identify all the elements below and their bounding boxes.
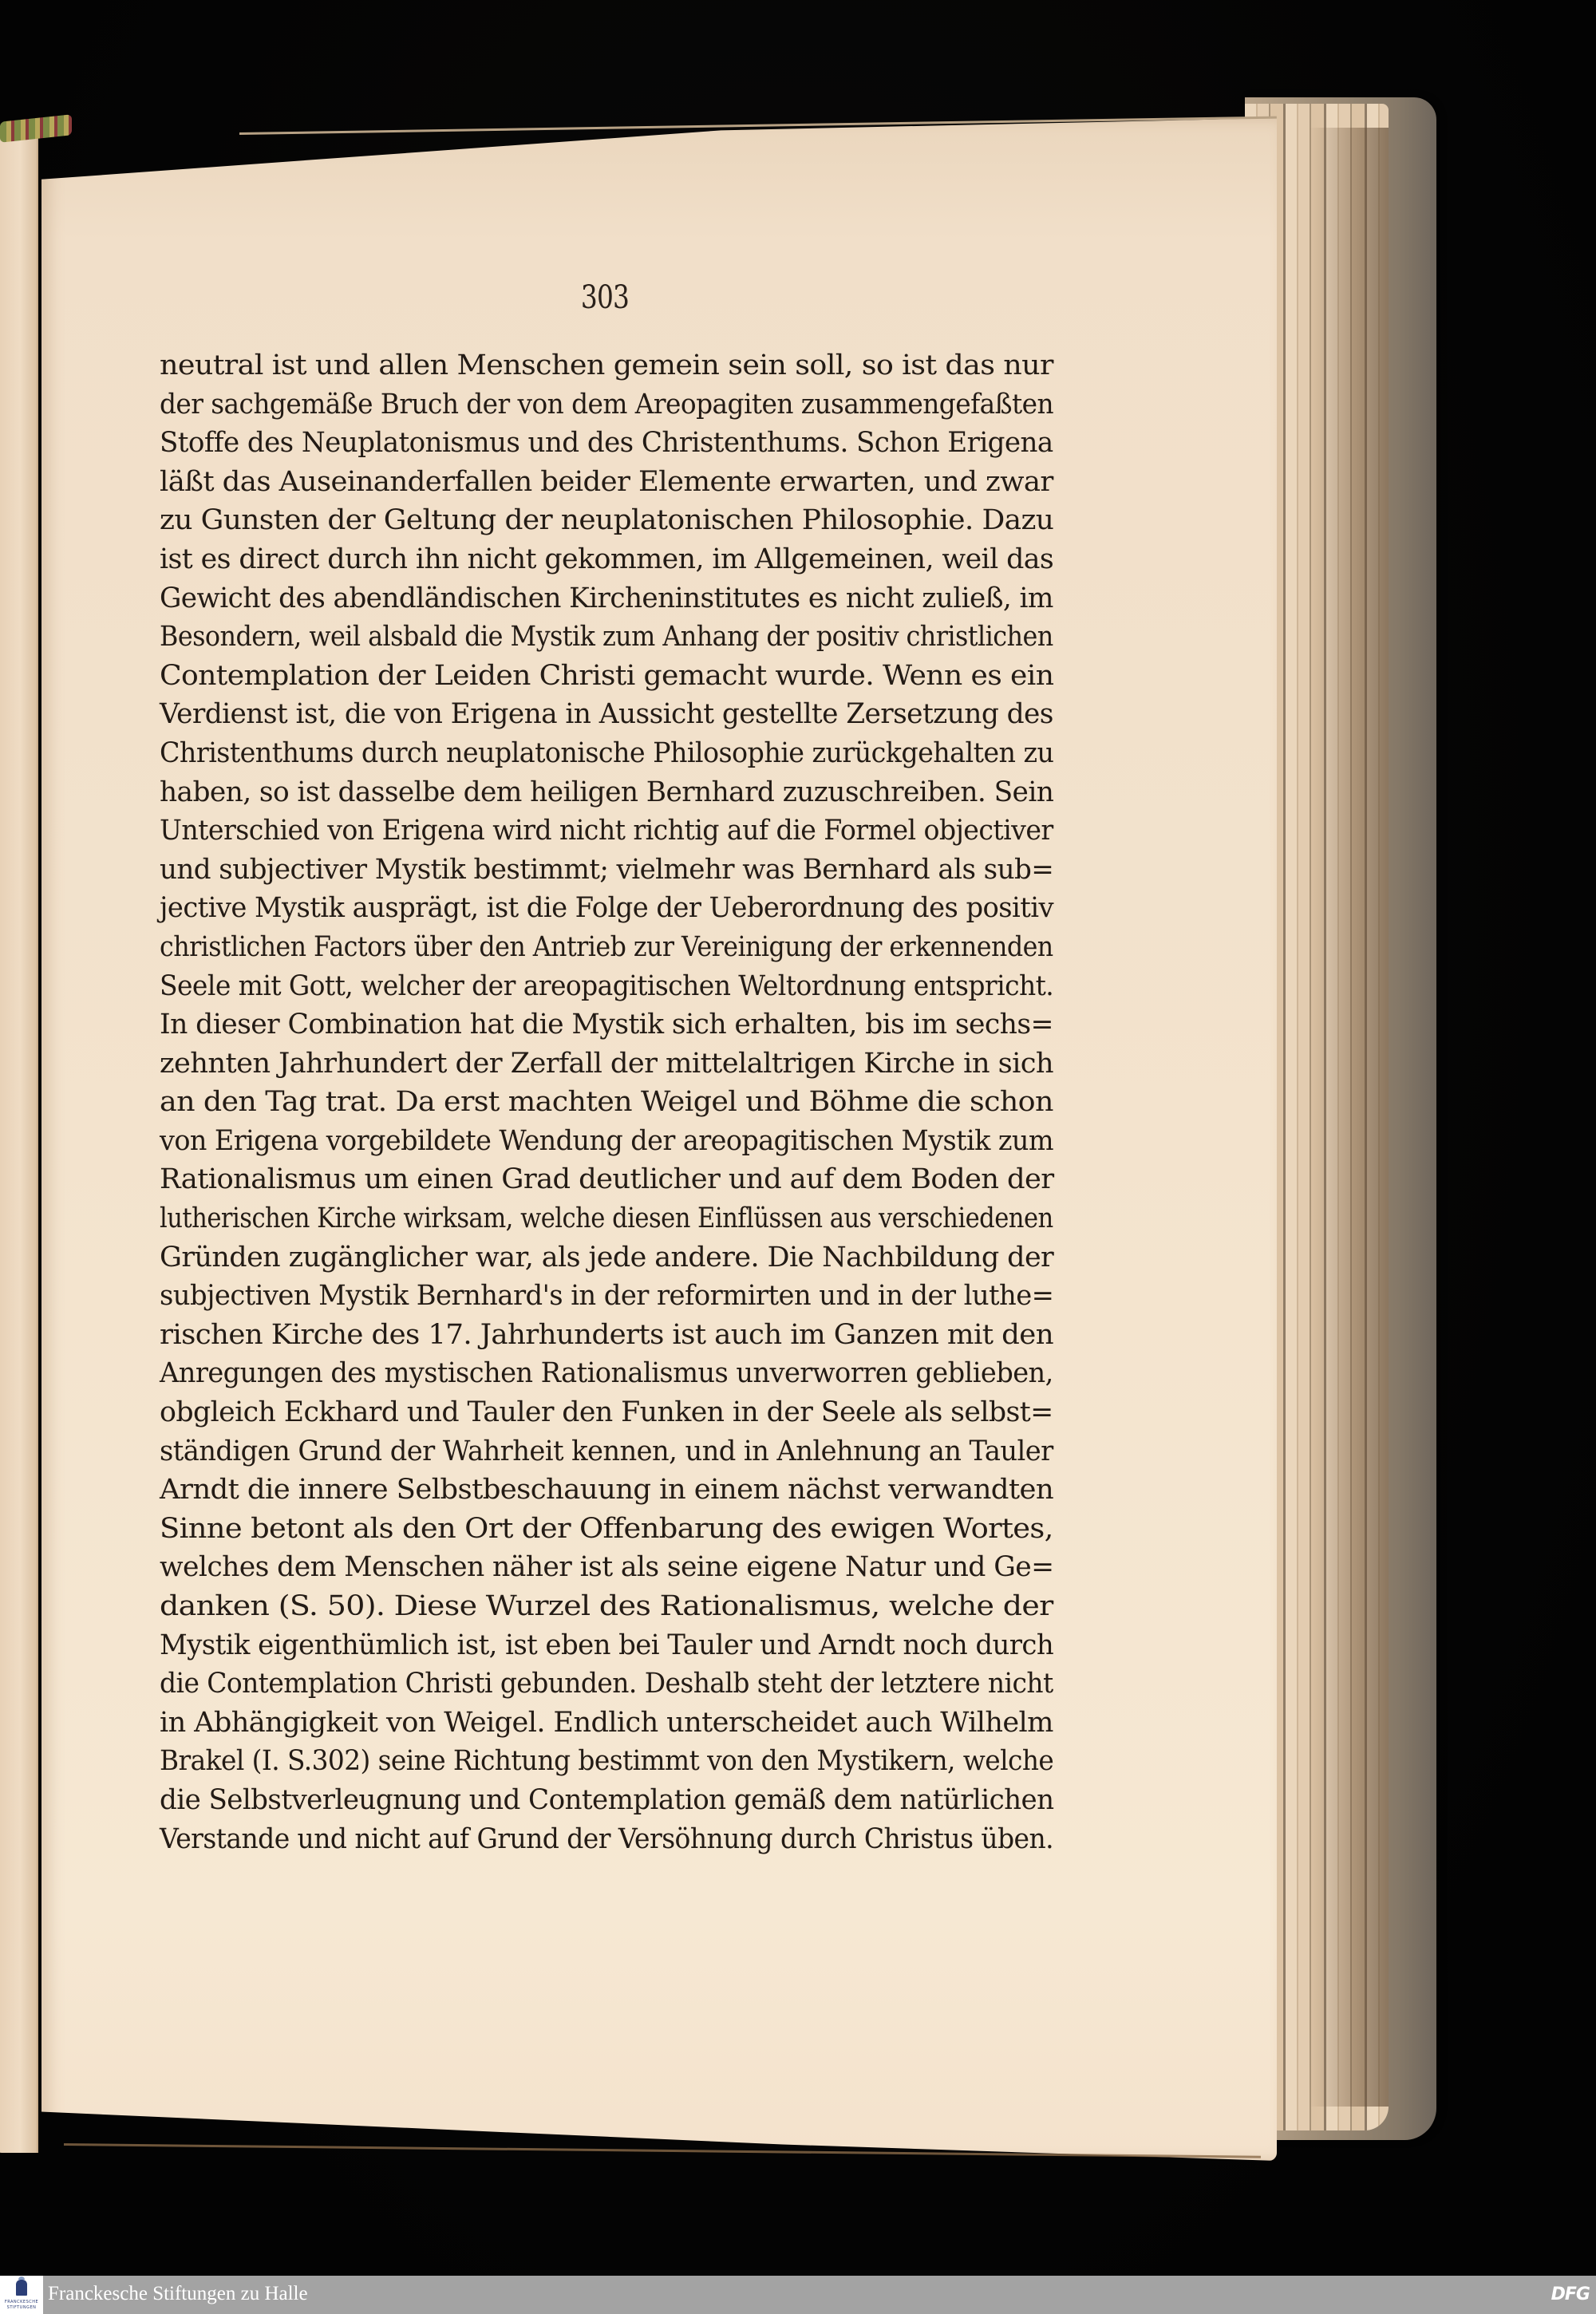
text-line: Unterschied von Erigena wird nicht richt… bbox=[160, 811, 1006, 851]
page-number: 303 bbox=[579, 279, 631, 316]
text-line: subjectiven Mystik Bernhard's in der ref… bbox=[160, 1277, 1022, 1316]
text-line: an den Tag trat. Da erst machten Weigel … bbox=[160, 1083, 1089, 1122]
text-line: danken (S. 50). Diese Wurzel des Rationa… bbox=[160, 1587, 1128, 1626]
text-line: christlichen Factors über den Antrieb zu… bbox=[160, 928, 969, 967]
text-line: und subjectiver Mystik bestimmt; vielmeh… bbox=[160, 851, 1031, 890]
text-line: ist es direct durch ihn nicht gekommen, … bbox=[160, 540, 1048, 579]
text-line: Seele mit Gott, welcher der areopagitisc… bbox=[160, 967, 1001, 1006]
text-line: Christenthums durch neuplatonische Philo… bbox=[160, 734, 1011, 773]
text-line: zu Gunsten der Geltung der neuplatonisch… bbox=[160, 501, 1077, 540]
text-line: Anregungen des mystischen Rationalismus … bbox=[160, 1354, 1019, 1393]
text-line: Mystik eigenthümlich ist, ist eben bei T… bbox=[160, 1626, 1026, 1665]
previous-page-edge bbox=[0, 126, 38, 2153]
text-line: der sachgemäße Bruch der von dem Areopag… bbox=[160, 385, 997, 424]
text-line: in Abhängigkeit von Weigel. Endlich unte… bbox=[160, 1704, 1056, 1743]
text-line: Stoffe des Neuplatonismus und des Christ… bbox=[160, 424, 1031, 463]
logo-text: FRANCKESCHE STIFTUNGEN bbox=[0, 2300, 43, 2311]
dfg-logo[interactable]: DFG bbox=[1551, 2284, 1590, 2304]
text-line: Sinne betont als den Ort der Offenbarung… bbox=[160, 1510, 1100, 1549]
text-line: Arndt die innere Selbstbeschauung in ein… bbox=[160, 1471, 1065, 1510]
institution-name[interactable]: Franckesche Stiftungen zu Halle bbox=[48, 2283, 308, 2305]
text-line: Gründen zugänglicher war, als jede ander… bbox=[160, 1238, 1053, 1277]
text-line: lutherischen Kirche wirksam, welche dies… bbox=[160, 1199, 940, 1238]
text-line: die Contemplation Christi gebunden. Desh… bbox=[160, 1664, 999, 1704]
text-line: obgleich Eckhard und Tauler den Funken i… bbox=[160, 1393, 1047, 1432]
text-line: In dieser Combination hat die Mystik sic… bbox=[160, 1005, 1043, 1044]
text-line: haben, so ist dasselbe dem heiligen Bern… bbox=[160, 773, 1037, 812]
text-line: rischen Kirche des 17. Jahrhunderts ist … bbox=[160, 1316, 1067, 1355]
text-line: Verstande und nicht auf Grund der Versöh… bbox=[160, 1820, 1001, 1859]
text-line: Verdienst ist, die von Erigena in Aussic… bbox=[160, 695, 1037, 734]
text-line: Besondern, weil alsbald die Mystik zum A… bbox=[160, 618, 972, 657]
viewer-footer-bar: FRANCKESCHE STIFTUNGEN Franckesche Stift… bbox=[0, 2276, 1596, 2314]
text-line: von Erigena vorgebildete Wendung der are… bbox=[160, 1122, 1013, 1161]
scan-image: 303 neutral ist und allen Menschen gemei… bbox=[0, 0, 1596, 2276]
text-line: zehnten Jahrhundert der Zerfall der mitt… bbox=[160, 1044, 1061, 1084]
text-line: Rationalismus um einen Grad deutlicher u… bbox=[160, 1160, 1061, 1199]
text-line: läßt das Auseinanderfallen beider Elemen… bbox=[160, 463, 1065, 502]
text-line: Brakel (I. S.302) seine Richtung bestimm… bbox=[160, 1742, 997, 1781]
francke-figure-icon bbox=[16, 2280, 27, 2296]
text-line: ständigen Grund der Wahrheit kennen, und… bbox=[160, 1432, 1021, 1471]
institution-logo[interactable]: FRANCKESCHE STIFTUNGEN bbox=[0, 2276, 43, 2314]
page-stack-shadow bbox=[1309, 128, 1389, 2107]
text-line: Gewicht des abendländischen Kircheninsti… bbox=[160, 579, 1034, 618]
text-line: Contemplation der Leiden Christi gemacht… bbox=[160, 657, 1082, 696]
text-line: jective Mystik ausprägt, ist die Folge d… bbox=[160, 889, 1022, 928]
page-body-text: neutral ist und allen Menschen gemein se… bbox=[160, 346, 1053, 1858]
book-headband bbox=[0, 114, 72, 142]
text-line: die Selbstverleugnung und Contemplation … bbox=[160, 1781, 1031, 1820]
text-line: neutral ist und allen Menschen gemein se… bbox=[160, 346, 1092, 385]
text-line: welches dem Menschen näher ist als seine… bbox=[160, 1548, 1042, 1587]
